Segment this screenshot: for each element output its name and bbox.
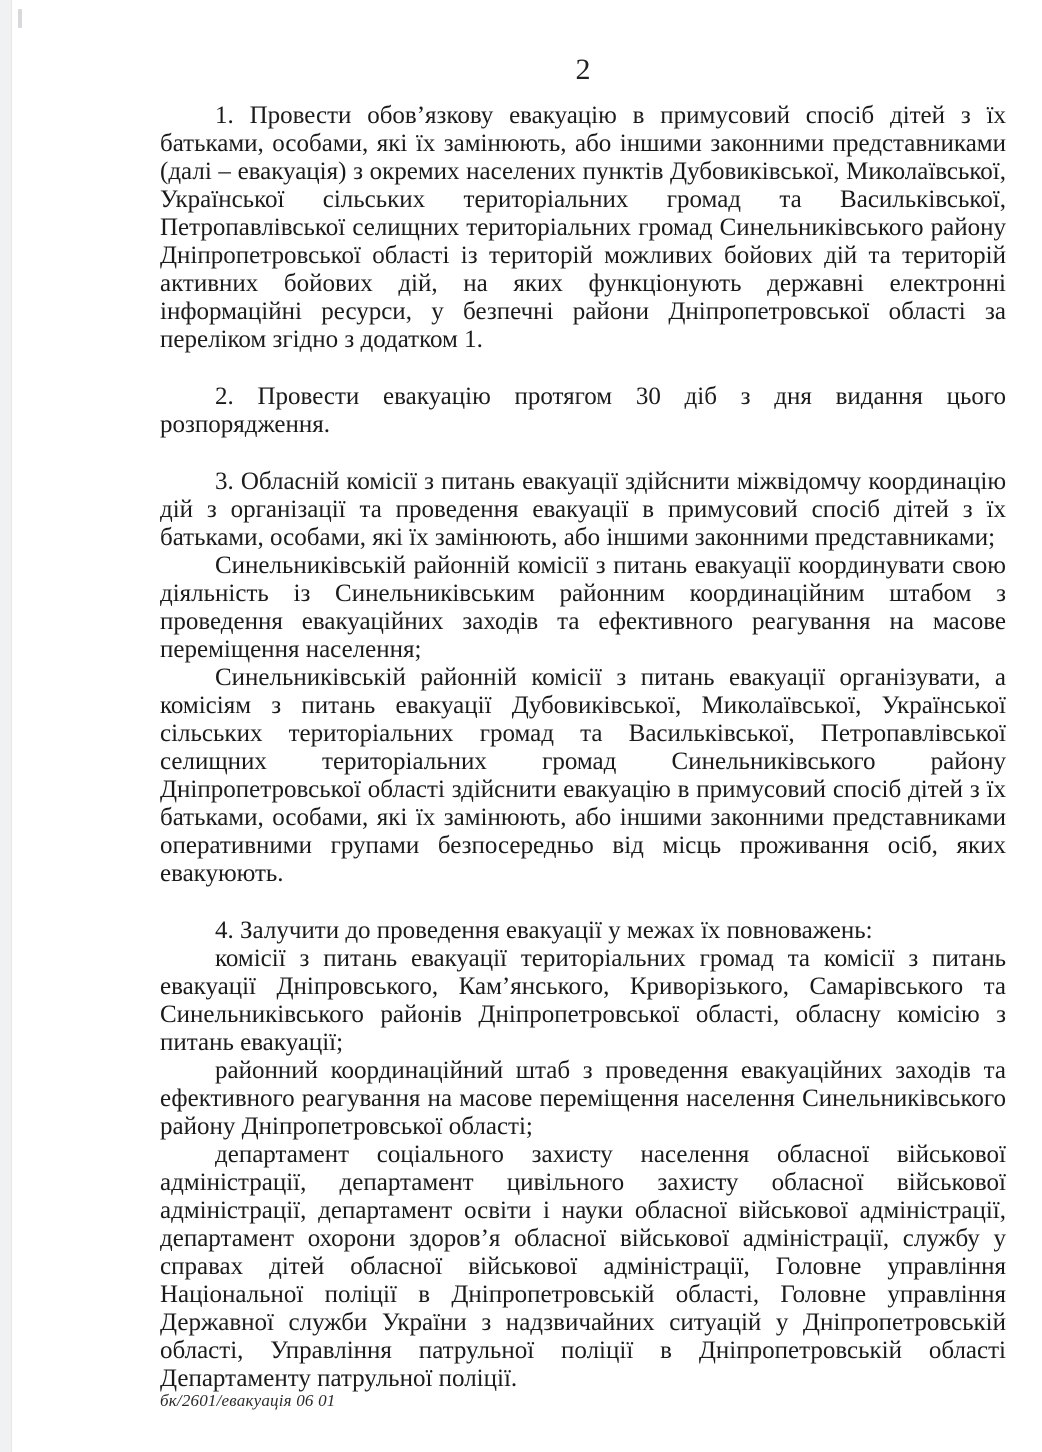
item-3-paragraph-2: Синельниківській районній комісії з пита… (160, 552, 1006, 664)
reference-code: бк/2601/евакуація 06 01 (160, 1391, 335, 1410)
item-1: 1. Провести обов’язкову евакуацію в прим… (160, 102, 1006, 354)
document-footer: бк/2601/евакуація 06 01 (160, 1391, 335, 1411)
item-2: 2. Провести евакуацію протягом 30 діб з … (160, 383, 1006, 439)
document-body: 1. Провести обов’язкову евакуацію в прим… (160, 102, 1006, 1393)
scanned-document-page: 2 1. Провести обов’язкову евакуацію в пр… (0, 0, 1042, 1452)
scan-artifact-mark (18, 9, 22, 28)
item-4-paragraph-1: 4. Залучити до проведення евакуації у ме… (160, 917, 1006, 945)
item-4-paragraph-4: департамент соціального захисту населенн… (160, 1141, 1006, 1393)
item-4: 4. Залучити до проведення евакуації у ме… (160, 917, 1006, 1393)
item-1-paragraph: 1. Провести обов’язкову евакуацію в прим… (160, 102, 1006, 354)
item-3-paragraph-3: Синельниківській районній комісії з пита… (160, 664, 1006, 888)
item-3: 3. Обласній комісії з питань евакуації з… (160, 468, 1006, 888)
item-4-paragraph-2: комісії з питань евакуації територіальни… (160, 945, 1006, 1057)
item-3-paragraph-1: 3. Обласній комісії з питань евакуації з… (160, 468, 1006, 552)
item-2-paragraph: 2. Провести евакуацію протягом 30 діб з … (160, 383, 1006, 439)
page-number: 2 (160, 53, 1006, 87)
item-4-paragraph-3: районний координаційний штаб з проведенн… (160, 1057, 1006, 1141)
scan-edge-shadow (0, 0, 12, 1452)
